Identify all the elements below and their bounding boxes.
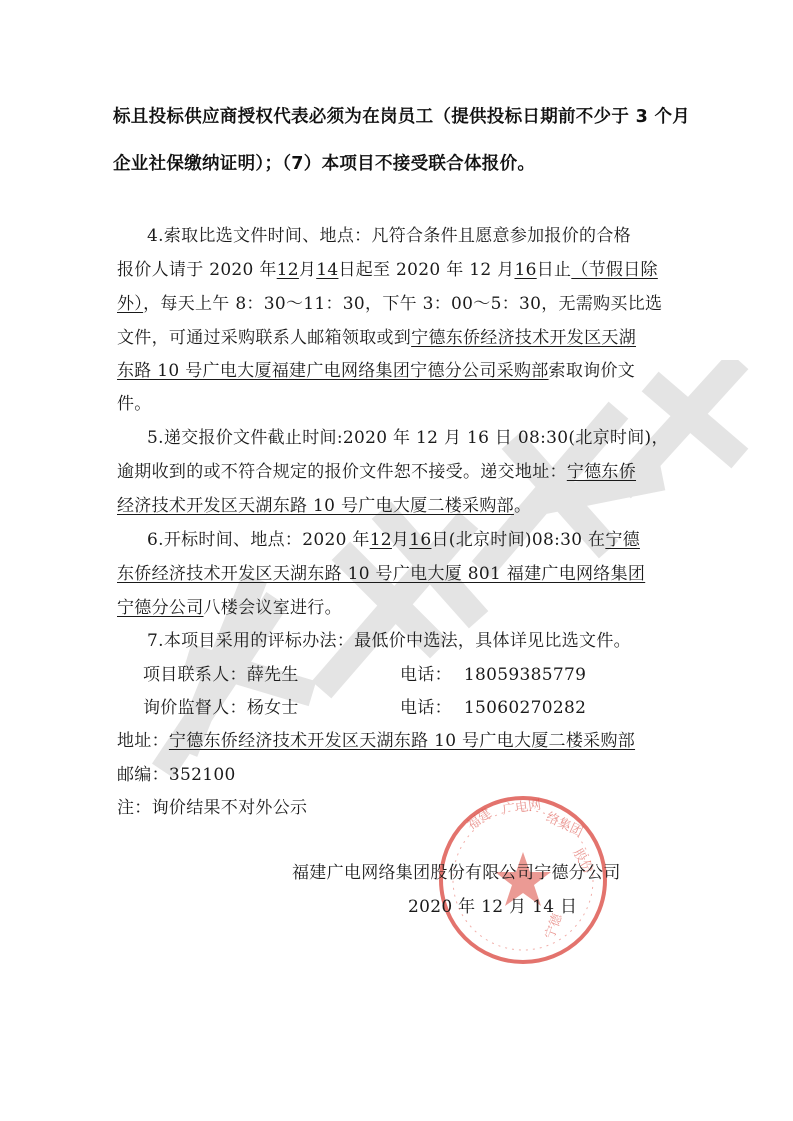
- postcode-line: 邮编：352100: [117, 764, 236, 786]
- item4-line1: 4.索取比选文件时间、地点：凡符合条件且愿意参加报价的合格: [147, 225, 631, 247]
- item4-month-start: 12: [277, 260, 299, 280]
- contact-row: 询价监督人：杨女士: [143, 697, 299, 719]
- item4-line6: 件。: [117, 393, 152, 415]
- address-value: 宁德东侨经济技术开发区天湖东路 10 号广电大厦二楼采购部: [169, 731, 635, 751]
- item4-line4: 文件，可通过采购联系人邮箱领取或到宁德东侨经济技术开发区天湖: [117, 327, 636, 349]
- contact-name: 杨女士: [247, 698, 299, 718]
- item5-text: 。: [514, 496, 531, 516]
- item6-address: 宁德分公司: [117, 598, 204, 618]
- item5-address: 经济技术开发区天湖东路 10 号广电大厦二楼采购部: [117, 496, 514, 516]
- item4-address: 宁德东侨经济技术开发区天湖: [411, 328, 636, 348]
- requirement-text-line2: 企业社保缴纳证明）；（7）本项目不接受联合体报价。: [113, 153, 535, 175]
- item6-day: 16: [409, 530, 431, 550]
- item6-line3: 宁德分公司八楼会议室进行。: [117, 597, 342, 619]
- item5-line2: 逾期收到的或不符合规定的报价文件恕不接受。递交地址：宁德东侨: [117, 461, 636, 483]
- item7-line1: 7.本项目采用的评标办法：最低价中选法，具体详见比选文件。: [147, 630, 631, 652]
- address-line: 地址：宁德东侨经济技术开发区天湖东路 10 号广电大厦二楼采购部: [117, 730, 635, 752]
- item6-text: 月: [392, 530, 409, 550]
- item5-address: 宁德东侨: [567, 462, 636, 482]
- contact-name: 薛先生: [247, 665, 299, 685]
- item4-address: 东路 10 号广电大厦福建广电网络集团宁德分公司采购部: [117, 361, 549, 381]
- item4-day-end: 16: [514, 260, 536, 280]
- contact-phone: 电话：15060270282: [400, 697, 586, 719]
- contact-role: 询价监督人：: [143, 698, 247, 718]
- signature-company: 福建广电网络集团股份有限公司宁德分公司: [292, 862, 621, 884]
- phone-label: 电话：: [400, 665, 452, 685]
- contact-phone: 电话：18059385779: [400, 664, 586, 686]
- item5-line1: 5.递交报价文件截止时间:2020 年 12 月 16 日 08:30(北京时间…: [147, 427, 669, 449]
- phone-number: 18059385779: [464, 665, 586, 685]
- item6-text: 八楼会议室进行。: [204, 598, 342, 618]
- item4-text: 月: [299, 260, 316, 280]
- svg-text:络集团: 络集团: [543, 809, 585, 840]
- item6-month: 12: [370, 530, 392, 550]
- note-label: 注：: [117, 798, 152, 818]
- item5-text: 逾期收到的或不符合规定的报价文件恕不接受。递交地址：: [117, 462, 567, 482]
- item6-line1: 6.开标时间、地点：2020 年12月16日(北京时间)08:30 在宁德: [147, 529, 640, 551]
- item4-day-start: 14: [316, 260, 338, 280]
- signature-date: 2020 年 12 月 14 日: [408, 896, 577, 918]
- item4-hours: ，每天上午 8：30～11：30，下午 3：00～5：30，无需购买比选: [143, 294, 662, 314]
- phone-label: 电话：: [400, 698, 452, 718]
- item4-holiday-note: （节假日除: [571, 260, 658, 280]
- postcode-label: 邮编：: [117, 765, 169, 785]
- document-page: 标且投标供应商授权代表必须为在岗员工（提供投标日期前不少于 3 个月 企业社保缴…: [0, 0, 793, 1121]
- item5-line3: 经济技术开发区天湖东路 10 号广电大厦二楼采购部。: [117, 495, 531, 517]
- item4-line5: 东路 10 号广电大厦福建广电网络集团宁德分公司采购部索取询价文: [117, 360, 635, 382]
- item6-text: 日(北京时间)08:30 在: [431, 530, 605, 550]
- phone-number: 15060270282: [464, 698, 586, 718]
- requirement-text-line1: 标且投标供应商授权代表必须为在岗员工（提供投标日期前不少于 3 个月: [113, 106, 690, 128]
- item4-text: 文件，可通过采购联系人邮箱领取或到: [117, 328, 411, 348]
- item6-address: 宁德: [605, 530, 640, 550]
- postcode-value: 352100: [169, 765, 236, 785]
- item4-text: 日起至 2020 年 12 月: [338, 260, 514, 280]
- svg-text:广电网: 广电网: [501, 797, 542, 818]
- item4-text: 报价人请于 2020 年: [117, 260, 277, 280]
- svg-text:福建: 福建: [464, 805, 494, 833]
- contact-row: 项目联系人：薛先生: [143, 664, 299, 686]
- note-value: 询价结果不对外公示: [152, 798, 308, 818]
- item4-line3: 外），每天上午 8：30～11：30，下午 3：00～5：30，无需购买比选: [117, 293, 662, 315]
- item6-line2: 东侨经济技术开发区天湖东路 10 号广电大厦 801 福建广电网络集团: [117, 563, 645, 585]
- address-label: 地址：: [117, 731, 169, 751]
- item4-line2: 报价人请于 2020 年12月14日起至 2020 年 12 月16日止（节假日…: [117, 259, 658, 281]
- item4-text: 日止: [537, 260, 572, 280]
- note-line: 注：询价结果不对外公示: [117, 797, 307, 819]
- item4-text: 索取询价文: [549, 361, 636, 381]
- contact-role: 项目联系人：: [143, 665, 247, 685]
- item6-text: 6.开标时间、地点：2020 年: [147, 530, 370, 550]
- item4-holiday-note: 外）: [117, 294, 143, 314]
